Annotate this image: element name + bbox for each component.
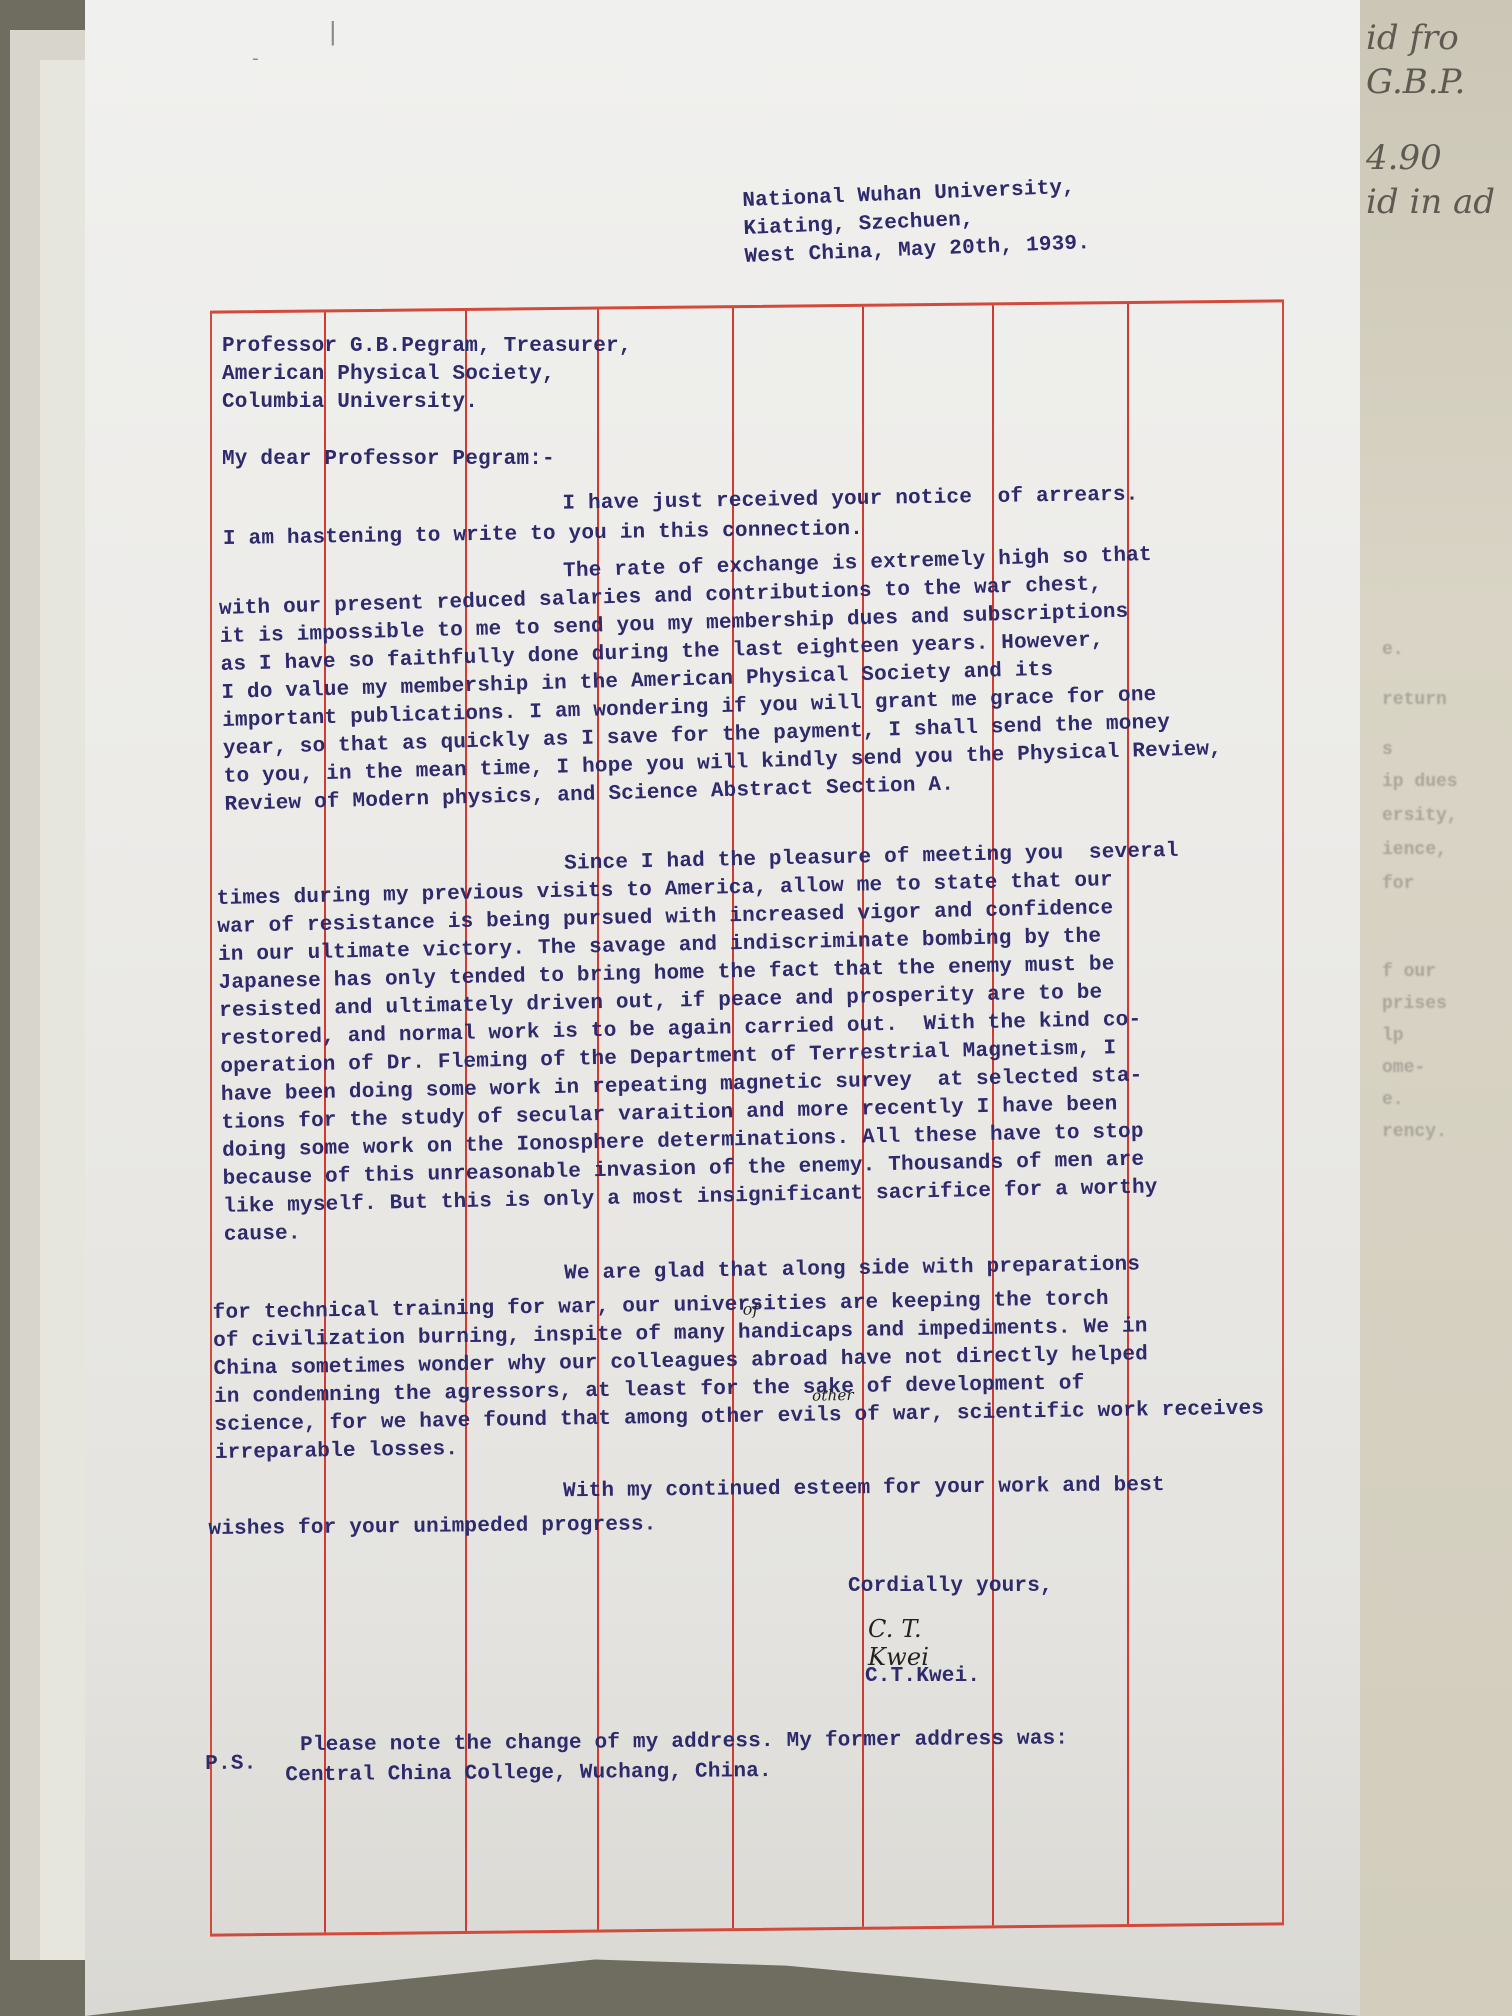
- background-ghost-text: e.: [1382, 1090, 1404, 1110]
- handwritten-signature: C. T. Kwei: [868, 1615, 929, 1671]
- recipient-line: Professor G.B.Pegram, Treasurer,: [222, 335, 632, 358]
- valediction: Cordially yours,: [848, 1575, 1053, 1598]
- background-ghost-text: f our: [1382, 962, 1436, 982]
- paragraph-line: wishes for your unimpeded progress.: [208, 1513, 656, 1541]
- typed-name: C.T.Kwei.: [865, 1665, 980, 1688]
- salutation: My dear Professor Pegram:-: [222, 448, 555, 471]
- background-ghost-text: ience,: [1382, 840, 1447, 860]
- background-handwriting: G.B.P.: [1366, 62, 1465, 102]
- background-ghost-text: ersity,: [1382, 806, 1458, 826]
- background-ghost-text: lp: [1382, 1026, 1404, 1046]
- background-ghost-text: rency.: [1382, 1122, 1447, 1142]
- paragraph-line: irreparable losses.: [215, 1438, 459, 1465]
- background-ghost-text: prises: [1382, 994, 1447, 1014]
- recipient-line: American Physical Society,: [222, 363, 555, 386]
- background-ghost-text: for: [1382, 874, 1414, 894]
- background-ghost-text: e.: [1382, 640, 1404, 660]
- background-handwriting: id fro: [1366, 18, 1459, 58]
- postscript-label: P.S.: [205, 1753, 256, 1776]
- handwritten-of-insert: of: [743, 1299, 759, 1318]
- background-ghost-text: ome-: [1382, 1058, 1425, 1078]
- background-ghost-text: return: [1382, 690, 1447, 710]
- background-handwriting: id in ad: [1366, 182, 1495, 222]
- background-ghost-text: s: [1382, 740, 1393, 760]
- paragraph-line: cause.: [224, 1222, 301, 1247]
- recipient-line: Columbia University.: [222, 391, 478, 414]
- postscript-line: Central China College, Wuchang, China.: [285, 1760, 772, 1787]
- background-handwriting: 4.90: [1366, 138, 1442, 178]
- background-sheet-right: id fro G.B.P. 4.90 id in ad e. return s …: [1360, 0, 1512, 2016]
- handwritten-other-insert: other: [812, 1386, 854, 1405]
- paper-mark: |: [325, 18, 341, 48]
- paper-mark: -: [250, 50, 261, 70]
- background-ghost-text: ip dues: [1382, 772, 1458, 792]
